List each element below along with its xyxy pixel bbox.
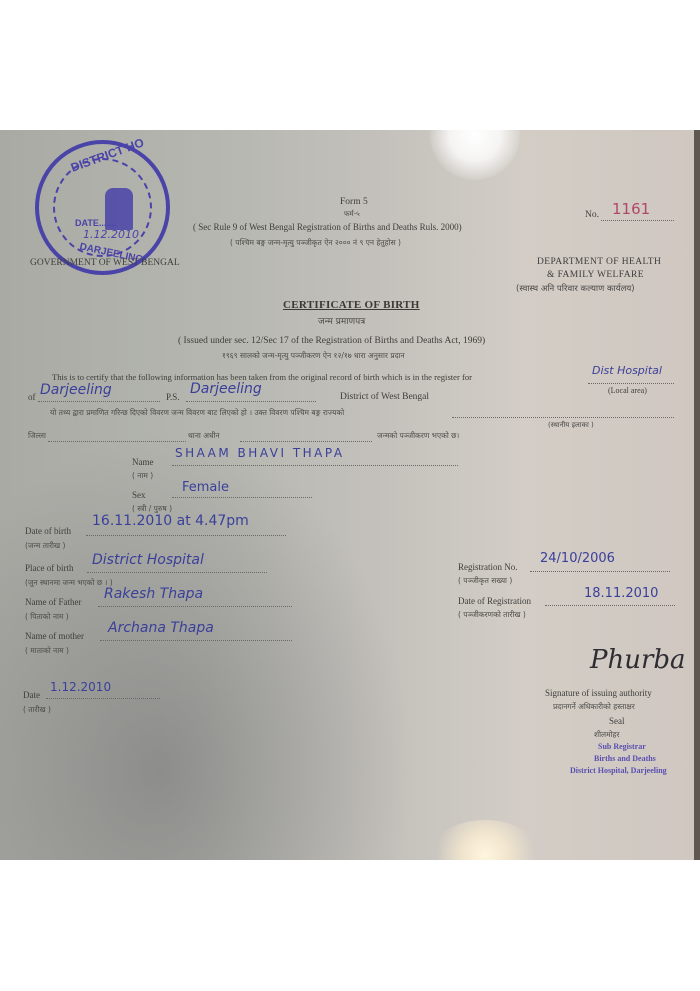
date-nepali: ( तारीख ) bbox=[23, 705, 51, 715]
form-rule: ( Sec Rule 9 of West Bengal Registration… bbox=[193, 222, 462, 232]
signature-label-nepali: प्रदानगर्ने अधिकारीको हस्ताक्षर bbox=[553, 702, 635, 712]
dob-label: Date of birth bbox=[25, 526, 71, 536]
local-area-line bbox=[588, 383, 674, 384]
seal-line3: District Hospital, Darjeeling bbox=[570, 766, 667, 775]
stamp-inner-ring bbox=[53, 158, 152, 257]
signature-mark: Phurba bbox=[590, 645, 686, 675]
certificate-title-nepali: जन्म प्रमाणपत्र bbox=[318, 314, 365, 327]
issued-under-nepali: १९६९ सालको जन्म-मृत्यु पञ्जीकरण ऐन १२/१७… bbox=[222, 351, 405, 361]
certificate-title: CERTIFICATE OF BIRTH bbox=[283, 299, 420, 311]
dept-line1: DEPARTMENT OF HEALTH bbox=[537, 257, 661, 267]
pob-nepali: (जुन स्थानमा जन्म भएको छ । ) bbox=[25, 578, 113, 588]
district-hospital-stamp: DISTRICT HO DATE....... 1.12.2010 DARJEE… bbox=[35, 140, 170, 275]
nepali-district-line bbox=[48, 441, 186, 442]
mother-value: Archana Thapa bbox=[108, 620, 214, 636]
reg-no-value: 24/10/2006 bbox=[540, 551, 615, 566]
mother-line bbox=[100, 640, 292, 641]
father-nepali: ( पिताको नाम ) bbox=[25, 612, 69, 622]
frame-edge bbox=[694, 130, 700, 860]
sex-label: Sex bbox=[132, 490, 146, 500]
reg-no-label: Registration No. bbox=[458, 562, 518, 572]
ps-line bbox=[186, 401, 316, 402]
sex-line bbox=[172, 497, 312, 498]
ps-label: P.S. bbox=[166, 392, 180, 402]
of-value: Darjeeling bbox=[40, 382, 112, 398]
cert-no-line bbox=[601, 220, 674, 221]
govt-west-bengal: GOVERNMENT OF WEST BENGAL bbox=[30, 258, 180, 268]
form-rule-nepali: ( पश्चिम बङ्ग जन्म-मृत्यु पञ्जीकृत ऐन २०… bbox=[230, 238, 401, 248]
reg-date-line bbox=[545, 605, 675, 606]
ps-value: Darjeeling bbox=[190, 381, 262, 397]
date-value: 1.12.2010 bbox=[50, 680, 111, 694]
seal-line1: Sub Registrar bbox=[598, 742, 646, 751]
pob-label: Place of birth bbox=[25, 563, 74, 573]
seal-label: Seal bbox=[609, 716, 625, 726]
dob-line bbox=[86, 535, 286, 536]
dob-nepali: (जन्म तारीख ) bbox=[25, 541, 65, 551]
cert-no-label: No. bbox=[585, 210, 599, 220]
reg-date-nepali: ( पञ्जीकरणको तारीख ) bbox=[458, 610, 526, 620]
reg-date-label: Date of Registration bbox=[458, 596, 531, 606]
name-label: Name bbox=[132, 457, 154, 467]
mother-label: Name of mother bbox=[25, 631, 84, 641]
name-nepali: ( नाम ) bbox=[132, 471, 153, 481]
seal-line2: Births and Deaths bbox=[594, 754, 656, 763]
nepali-local-label: (स्थानीय इलाका ) bbox=[548, 421, 594, 430]
pob-line bbox=[87, 572, 267, 573]
seal-label-nepali: शीलमोहर bbox=[594, 730, 620, 740]
pob-value: District Hospital bbox=[92, 552, 204, 568]
nepali-line1-fill bbox=[452, 417, 674, 418]
nepali-thana-line bbox=[240, 441, 372, 442]
cert-no-value: 1161 bbox=[612, 200, 650, 218]
father-label: Name of Father bbox=[25, 597, 81, 607]
form-number: Form 5 bbox=[340, 197, 368, 207]
mother-nepali: ( माताको नाम ) bbox=[25, 646, 69, 656]
signature-label: Signature of issuing authority bbox=[545, 688, 652, 698]
father-line bbox=[98, 606, 292, 607]
form-number-nepali: फर्म-५ bbox=[344, 210, 360, 219]
of-label: of bbox=[28, 392, 36, 402]
certify-statement: This is to certify that the following in… bbox=[52, 372, 472, 382]
nepali-registered-label: जन्मको पञ्जीकरण भएको छ। bbox=[377, 431, 459, 441]
reg-no-nepali: ( पञ्जीकृत सख्या ) bbox=[458, 576, 512, 586]
name-value: SHAAM BHAVI THAPA bbox=[175, 446, 345, 460]
reg-date-value: 18.11.2010 bbox=[584, 586, 658, 601]
stamp-date-label: DATE....... bbox=[75, 218, 116, 228]
date-label: Date bbox=[23, 690, 40, 700]
certify-nepali-line1: यो तथ्य द्वारा प्रमाणित गरिन्छ दिएको विव… bbox=[50, 408, 344, 418]
of-line bbox=[38, 401, 160, 402]
dob-value: 16.11.2010 at 4.47pm bbox=[92, 513, 249, 529]
nepali-thana-label: थाना अधीन bbox=[188, 431, 220, 441]
local-area-label: (Local area) bbox=[608, 386, 647, 395]
dept-nepali: (स्वास्थ अनि परिवार कल्याण कार्यलय) bbox=[516, 283, 635, 294]
district-label: District of West Bengal bbox=[340, 392, 429, 402]
name-line bbox=[172, 465, 458, 466]
issued-under: ( Issued under sec. 12/Sec 17 of the Reg… bbox=[178, 336, 485, 346]
sex-value: Female bbox=[182, 480, 229, 495]
local-area-value: Dist Hospital bbox=[592, 364, 662, 377]
reg-no-line bbox=[530, 571, 670, 572]
nepali-district-label: जिल्ला bbox=[28, 431, 46, 441]
date-line bbox=[46, 698, 160, 699]
father-value: Rakesh Thapa bbox=[104, 586, 203, 602]
dept-line2: & FAMILY WELFARE bbox=[547, 270, 644, 280]
stamp-date-value: 1.12.2010 bbox=[83, 228, 139, 241]
